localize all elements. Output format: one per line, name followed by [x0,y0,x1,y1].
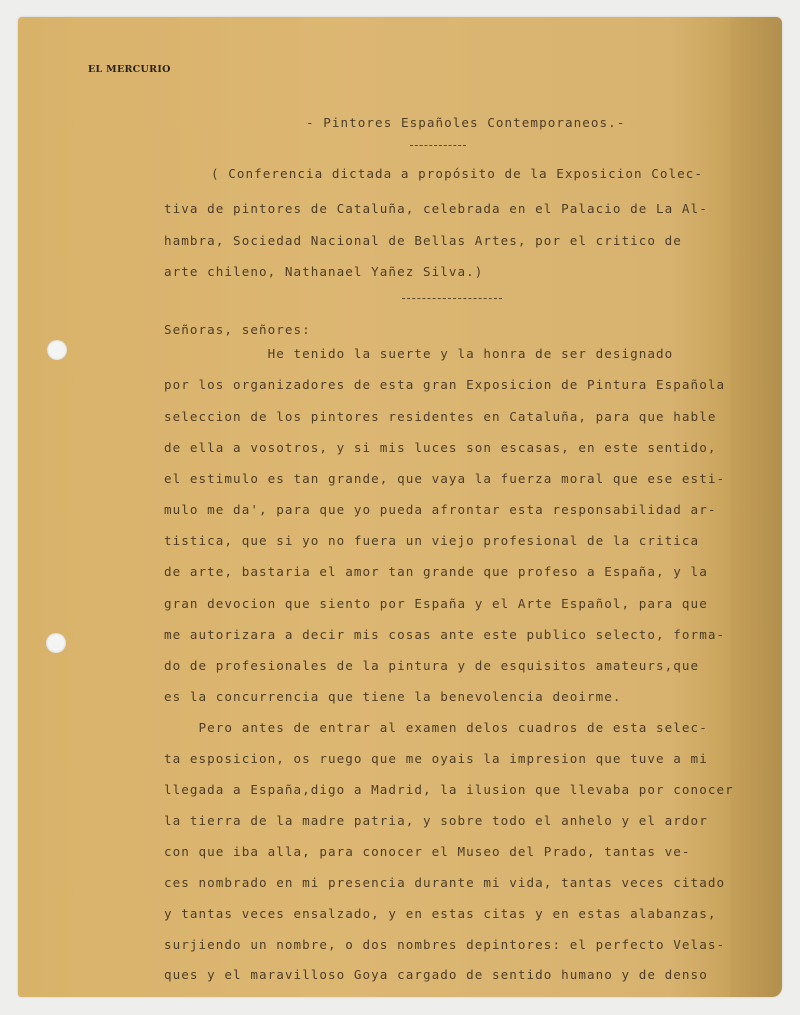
body-line: ta esposicion, os ruego que me oyais la … [164,751,708,766]
letterhead: EL MERCURIO [88,64,171,75]
body-line: surjiendo un nombre, o dos nombres depin… [164,937,725,952]
salutation: Señoras, señores: [164,322,311,337]
body-line: Pero antes de entrar al examen delos cua… [164,720,708,735]
subtitle-rule [402,298,502,299]
body-line: seleccion de los pintores residentes en … [164,409,716,424]
subtitle-line: hambra, Sociedad Nacional de Bellas Arte… [164,233,682,248]
body-line: la tierra de la madre patria, y sobre to… [164,813,708,828]
body-line: llegada a España,digo a Madrid, la ilusi… [164,782,734,797]
title-rule [410,145,466,146]
subtitle-line: arte chileno, Nathanael Yañez Silva.) [164,264,483,279]
body-line: ces nombrado en mi presencia durante mi … [164,875,725,890]
body-line: de arte, bastaria el amor tan grande que… [164,564,708,579]
body-line: He tenido la suerte y la honra de ser de… [164,346,673,361]
body-line: de ella a vosotros, y si mis luces son e… [164,440,716,455]
subtitle-line: tiva de pintores de Cataluña, celebrada … [164,201,708,216]
body-line: por los organizadores de esta gran Expos… [164,377,725,392]
punch-hole-lower [46,633,66,653]
punch-hole-upper [47,340,67,360]
body-line: gran devocion que siento por España y el… [164,596,708,611]
body-line: ques y el maravilloso Goya cargado de se… [164,967,708,982]
body-line: do de profesionales de la pintura y de e… [164,658,699,673]
subtitle-line: ( Conferencia dictada a propósito de la … [211,166,703,181]
body-line: con que iba alla, para conocer el Museo … [164,844,691,859]
body-line: y tantas veces ensalzado, y en estas cit… [164,906,716,921]
body-line: me autorizara a decir mis cosas ante est… [164,627,725,642]
document-title: - Pintores Españoles Contemporaneos.- [306,115,625,130]
body-line: el estimulo es tan grande, que vaya la f… [164,471,725,486]
body-line: es la concurrencia que tiene la benevole… [164,689,622,704]
body-line: mulo me da', para que yo pueda afrontar … [164,502,716,517]
body-line: tistica, que si yo no fuera un viejo pro… [164,533,699,548]
